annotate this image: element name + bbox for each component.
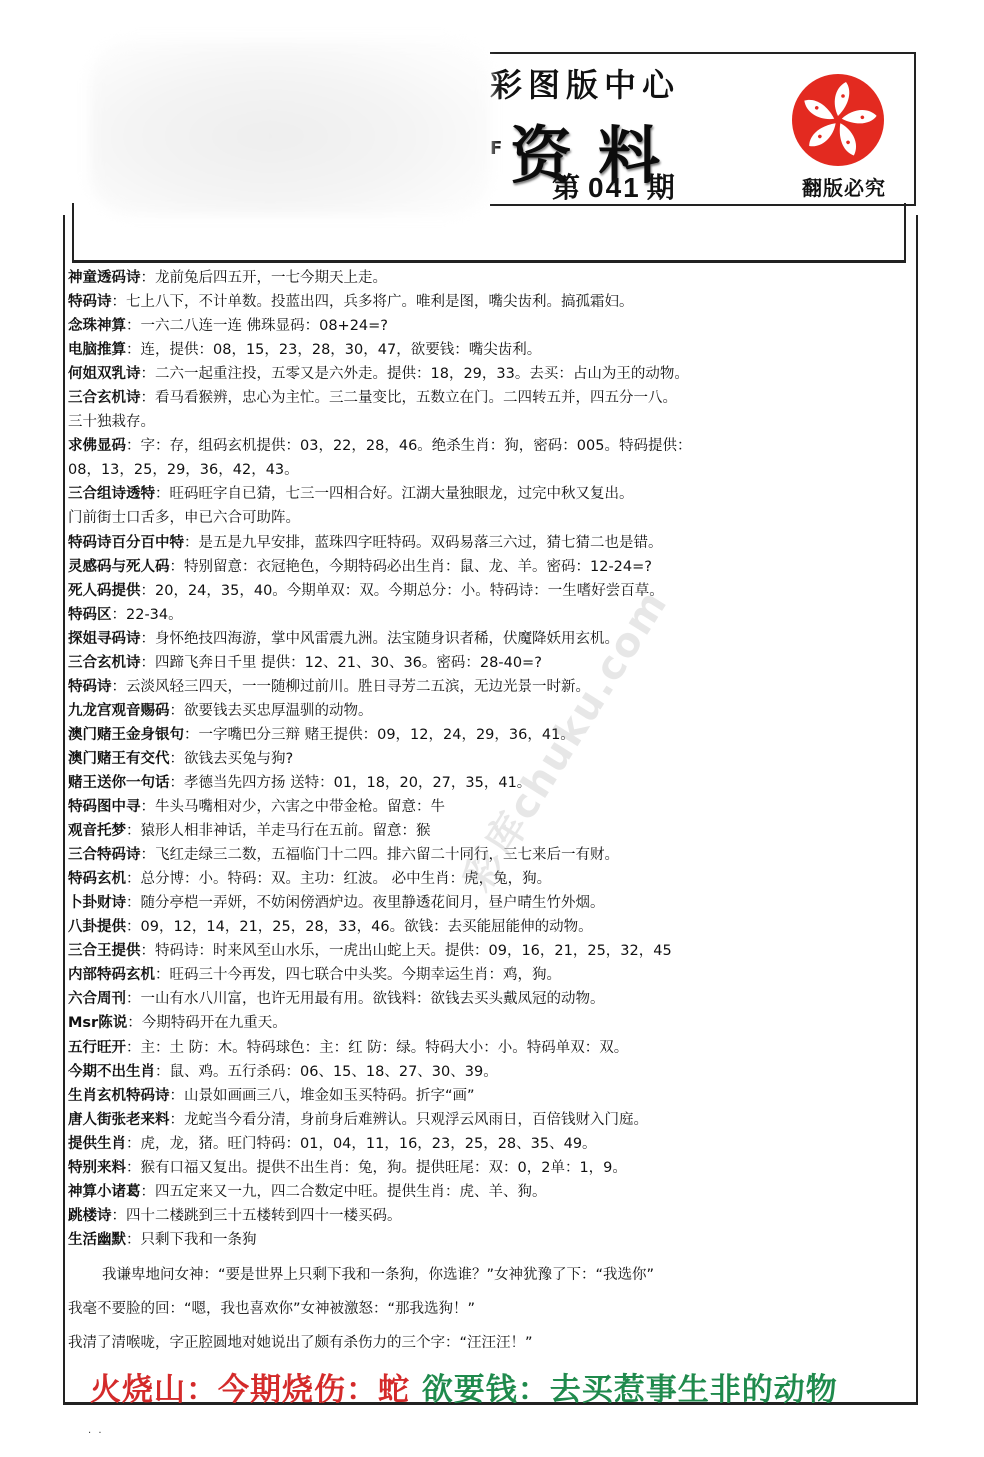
line-label: 灵感码与死人码 xyxy=(68,559,170,575)
line-text: 三十独栽存。 xyxy=(68,414,155,430)
issue-prefix: 第 xyxy=(552,172,582,203)
line-text: ：四五定来又一九，四二合数定中旺。提供生肖：虎、羊、狗。 xyxy=(141,1184,547,1200)
line-text: ：09，12，14，21，25，28，33，46。欲钱：去买能屈能伸的动物。 xyxy=(126,919,593,935)
line-text: ：猴有口福又复出。提供不出生肖：兔，狗。提供旺尾：双：0，2单：1，9。 xyxy=(126,1160,627,1176)
line-label: 三合特码诗 xyxy=(68,847,141,863)
content-line: 九龙宫观音赐码：欲要钱去买忠厚温驯的动物。 xyxy=(68,699,898,723)
line-text: ：身怀绝技四海游，掌中风雷震九洲。法宝随身识者稀，伏魔降妖用玄机。 xyxy=(141,631,620,647)
banner-green-text: 欲要钱：去买惹事生非的动物 xyxy=(422,1372,838,1408)
story-line: 我毫不要脸的回：“嗯，我也喜欢你”女神被激怒：“那我选狗！” xyxy=(68,1292,898,1326)
content-line: 三合王提供：特码诗：时来风至山水乐，一虎出山蛇上天。提供：09，16，21，25… xyxy=(68,939,898,963)
line-label: 澳门赌王有交代 xyxy=(68,751,170,767)
line-label: 赌王送你一句话 xyxy=(68,775,170,791)
line-label: 卜卦财诗 xyxy=(68,895,126,911)
line-text: ：是五是九早安排，蓝珠四字旺特码。双码易落三六过，猜七猜二也是错。 xyxy=(184,535,663,551)
line-label: 生活幽默 xyxy=(68,1232,126,1248)
content-line: 赌王送你一句话：孝德当先四方扬 送特：01，18，20，27，35，41。 xyxy=(68,771,898,795)
content-line: 三合组诗透特：旺码旺字自已猜，七三一四相合好。江湖大量独眼龙，过完中秋又复出。 xyxy=(68,482,898,506)
content-line: 特码区：22-34。 xyxy=(68,603,898,627)
line-text: ：随分亭桤一弄妍，不妨闲傍酒炉边。夜里静透花间月，昼户晴生竹外烟。 xyxy=(126,895,605,911)
content-line: 特码诗：七上八下，不计单数。投蓝出四，兵多将广。唯利是图，嘴尖齿利。搞孤霜妇。 xyxy=(68,290,898,314)
content-line: 三合玄机诗：四蹄飞奔日千里 提供：12、21、30、36。密码：28-40=? xyxy=(68,651,898,675)
content-line: 神童透码诗：龙前兔后四五开，一七今期天上走。 xyxy=(68,266,898,290)
content-line: 08，13，25，29，36，42，43。 xyxy=(68,458,898,482)
content-line: 三合玄机诗：看马看猴辨，忠心为主忙。三二量变比，五数立在门。二四转五并，四五分一… xyxy=(68,386,898,410)
content-line: 探姐寻码诗：身怀绝技四海游，掌中风雷震九洲。法宝随身识者稀，伏魔降妖用玄机。 xyxy=(68,627,898,651)
content-line: 生活幽默：只剩下我和一条狗 xyxy=(68,1228,898,1252)
line-label: 九龙宫观音赐码 xyxy=(68,703,170,719)
line-label: 特码区 xyxy=(68,607,112,623)
line-text: ：山景如画画三八，堆金如玉买特码。折字“画” xyxy=(170,1088,475,1104)
line-text: ：只剩下我和一条狗 xyxy=(126,1232,257,1248)
content-line: 五行旺开：主：土 防：木。特码球色：主：红 防：绿。特码大小：小。特码单双：双。 xyxy=(68,1036,898,1060)
line-text: ：云淡风轻三四天，一一随柳过前川。胜日寻芳二五滨，无边光景一时新。 xyxy=(112,679,591,695)
line-label: 特码玄机 xyxy=(68,871,126,887)
story-line: 我清了清喉咙，字正腔圆地对她说出了颇有杀伤力的三个字：“汪汪汪！” xyxy=(68,1326,898,1360)
line-text: ：牛头马嘴相对少，六害之中带金枪。留意：牛 xyxy=(141,799,446,815)
line-text: 门前街士口舌多，申已六合可助阵。 xyxy=(68,510,300,526)
content-line: 特码诗百分百中特：是五是九早安排，蓝珠四字旺特码。双码易落三六过，猜七猜二也是错… xyxy=(68,531,898,555)
line-text: ：22-34。 xyxy=(112,607,183,623)
line-text: ：鼠、鸡。五行杀码：06、15、18、27、30、39。 xyxy=(155,1064,498,1080)
line-label: 生肖玄机特码诗 xyxy=(68,1088,170,1104)
copyright-notice: 翻版必究 xyxy=(802,172,886,201)
line-label: 三合玄机诗 xyxy=(68,655,141,671)
content-line: 八卦提供：09，12，14，21，25，28，33，46。欲钱：去买能屈能伸的动… xyxy=(68,915,898,939)
line-label: 八卦提供 xyxy=(68,919,126,935)
content-line: 神算小诸葛：四五定来又一九，四二合数定中旺。提供生肖：虎、羊、狗。 xyxy=(68,1180,898,1204)
content-line: 澳门赌王有交代：欲钱去买兔与狗? xyxy=(68,747,898,771)
line-label: 观音托梦 xyxy=(68,823,126,839)
line-label: 提供生肖 xyxy=(68,1136,126,1152)
line-text: ：七上八下，不计单数。投蓝出四，兵多将广。唯利是图，嘴尖齿利。搞孤霜妇。 xyxy=(112,294,634,310)
line-label: 特别来料 xyxy=(68,1160,126,1176)
line-text: ：主：土 防：木。特码球色：主：红 防：绿。特码大小：小。特码单双：双。 xyxy=(126,1040,628,1056)
line-text: ：连，提供：08，15，23，28，30，47，欲要钱：嘴尖齿利。 xyxy=(126,342,541,358)
banner-red-text: 火烧山：今期烧伤：蛇 xyxy=(90,1372,410,1408)
content-line: Msr陈说：今期特码开在九重天。 xyxy=(68,1011,898,1035)
content-line: 特码图中寻：牛头马嘴相对少，六害之中带金枪。留意：牛 xyxy=(68,795,898,819)
line-label: 探姐寻码诗 xyxy=(68,631,141,647)
content-line: 三合特码诗：飞红走绿三二数，五福临门十二四。排六留二十同行，三七来后一有财。 xyxy=(68,843,898,867)
issue-value: 041 xyxy=(588,172,641,203)
content-line: 电脑推算：连，提供：08，15，23，28，30，47，欲要钱：嘴尖齿利。 xyxy=(68,338,898,362)
line-text: ：欲要钱去买忠厚温驯的动物。 xyxy=(170,703,373,719)
footer-dots: · · xyxy=(88,1428,104,1439)
line-label: 六合周刊 xyxy=(68,991,126,1007)
content-line: 跳楼诗：四十二楼跳到三十五楼转到四十一楼买码。 xyxy=(68,1204,898,1228)
content-line: 内部特码玄机：旺码三十今再发，四七联合中头奖。今期幸运生肖：鸡，狗。 xyxy=(68,963,898,987)
line-text: 08，13，25，29，36，42，43。 xyxy=(68,462,299,478)
line-text: ：一山有水八川富，也许无用最有用。欲钱料：欲钱去买头戴凤冠的动物。 xyxy=(126,991,605,1007)
line-label: 澳门赌王金身银句 xyxy=(68,727,184,743)
content-line: 澳门赌王金身银句：一字嘴巴分三辩 赌王提供：09，12，24，29，36，41。 xyxy=(68,723,898,747)
line-label: 三合玄机诗 xyxy=(68,390,141,406)
header-subtitle: 彩图版中心 xyxy=(490,60,680,106)
content-line: 灵感码与死人码：特别留意：衣冠艳色，今期特码必出生肖：鼠、龙、羊。密码：12-2… xyxy=(68,555,898,579)
content-line: 三十独栽存。 xyxy=(68,410,898,434)
content-line: 特码玄机：总分博：小。特码：双。主功：红波。 必中生肖：虎，兔，狗。 xyxy=(68,867,898,891)
line-text: ：一六二八连一连 佛珠显码：08+24=? xyxy=(126,318,388,334)
line-label: 三合王提供 xyxy=(68,943,141,959)
line-text: ：总分博：小。特码：双。主功：红波。 必中生肖：虎，兔，狗。 xyxy=(126,871,551,887)
line-label: 内部特码玄机 xyxy=(68,967,155,983)
line-text: ：四十二楼跳到三十五楼转到四十一楼买码。 xyxy=(112,1208,402,1224)
line-label: 神算小诸葛 xyxy=(68,1184,141,1200)
line-label: 死人码提供 xyxy=(68,583,141,599)
line-label: 五行旺开 xyxy=(68,1040,126,1056)
line-text: ：二六一起重注投，五零又是六外走。提供：18，29，33。去买：占山为王的动物。 xyxy=(141,366,689,382)
content-line: 卜卦财诗：随分亭桤一弄妍，不妨闲傍酒炉边。夜里静透花间月，昼户晴生竹外烟。 xyxy=(68,891,898,915)
line-text: ：今期特码开在九重天。 xyxy=(127,1015,287,1031)
issue-number: 第041期 xyxy=(552,166,677,206)
line-label: 今期不出生肖 xyxy=(68,1064,155,1080)
content-line: 死人码提供：20，24，35，40。今期单双：双。今期总分：小。特码诗：一生嗜好… xyxy=(68,579,898,603)
content-line: 求佛显码：字：存，组码玄机提供：03，22，28，46。绝杀生肖：狗，密码：00… xyxy=(68,434,898,458)
issue-suffix: 期 xyxy=(647,172,677,203)
line-text: ：特码诗：时来风至山水乐，一虎出山蛇上天。提供：09，16，21，25，32，4… xyxy=(141,943,672,959)
line-text: ：看马看猴辨，忠心为主忙。三二量变比，五数立在门。二四转五并，四五分一八。 xyxy=(141,390,678,406)
line-label: 唐人街张老来料 xyxy=(68,1112,170,1128)
line-text: ：虎，龙，猪。旺门特码：01，04，11，16，23，25，28、35、49。 xyxy=(126,1136,597,1152)
line-text: ：20，24，35，40。今期单双：双。今期总分：小。特码诗：一生嗜好尝百草。 xyxy=(141,583,664,599)
humor-story: 我谦卑地问女神：“要是世界上只剩下我和一条狗，你选谁？”女神犹豫了下：“我选你”… xyxy=(68,1258,898,1360)
line-label: 求佛显码 xyxy=(68,438,126,454)
line-text: ：孝德当先四方扬 送特：01，18，20，27，35，41。 xyxy=(170,775,532,791)
line-text: ：一字嘴巴分三辩 赌王提供：09，12，24，29，36，41。 xyxy=(184,727,575,743)
line-label: 电脑推算 xyxy=(68,342,126,358)
content-lines: 神童透码诗：龙前兔后四五开，一七今期天上走。特码诗：七上八下，不计单数。投蓝出四… xyxy=(68,266,898,1252)
content-line: 提供生肖：虎，龙，猪。旺门特码：01，04，11，16，23，25，28、35、… xyxy=(68,1132,898,1156)
bauhinia-flower-icon xyxy=(792,74,884,166)
line-label: 神童透码诗 xyxy=(68,270,141,286)
header-box: 彩图版中心 F 资料 第041期 翻版必究 xyxy=(490,52,916,206)
line-text: ：猿形人相非神话，羊走马行在五前。留意：猴 xyxy=(126,823,431,839)
content-line: 观音托梦：猿形人相非神话，羊走马行在五前。留意：猴 xyxy=(68,819,898,843)
line-label: 何姐双乳诗 xyxy=(68,366,141,382)
content-line: 何姐双乳诗：二六一起重注投，五零又是六外走。提供：18，29，33。去买：占山为… xyxy=(68,362,898,386)
content-line: 特码诗：云淡风轻三四天，一一随柳过前川。胜日寻芳二五滨，无边光景一时新。 xyxy=(68,675,898,699)
header-prefix: F xyxy=(490,138,502,159)
line-text: ：龙蛇当今看分清，身前身后难辨认。只观浮云风雨日，百倍钱财入门庭。 xyxy=(170,1112,649,1128)
story-line: 我谦卑地问女神：“要是世界上只剩下我和一条狗，你选谁？”女神犹豫了下：“我选你” xyxy=(68,1258,898,1292)
line-label: Msr陈说 xyxy=(68,1015,127,1031)
line-label: 特码诗 xyxy=(68,294,112,310)
content-line: 六合周刊：一山有水八川富，也许无用最有用。欲钱料：欲钱去买头戴凤冠的动物。 xyxy=(68,987,898,1011)
content-line: 今期不出生肖：鼠、鸡。五行杀码：06、15、18、27、30、39。 xyxy=(68,1060,898,1084)
blurred-cover xyxy=(90,40,490,215)
content-line: 生肖玄机特码诗：山景如画画三八，堆金如玉买特码。折字“画” xyxy=(68,1084,898,1108)
line-text: ：字：存，组码玄机提供：03，22，28，46。绝杀生肖：狗，密码：005。特码… xyxy=(126,438,691,454)
line-label: 跳楼诗 xyxy=(68,1208,112,1224)
line-text: ：龙前兔后四五开，一七今期天上走。 xyxy=(141,270,388,286)
line-label: 特码诗 xyxy=(68,679,112,695)
content-line: 门前街士口舌多，申已六合可助阵。 xyxy=(68,506,898,530)
content-line: 特别来料：猴有口福又复出。提供不出生肖：兔，狗。提供旺尾：双：0，2单：1，9。 xyxy=(68,1156,898,1180)
content-line: 唐人街张老来料：龙蛇当今看分清，身前身后难辨认。只观浮云风雨日，百倍钱财入门庭。 xyxy=(68,1108,898,1132)
line-text: ：特别留意：衣冠艳色，今期特码必出生肖：鼠、龙、羊。密码：12-24=? xyxy=(170,559,652,575)
line-text: ：旺码旺字自已猜，七三一四相合好。江湖大量独眼龙，过完中秋又复出。 xyxy=(155,486,634,502)
line-text: ：飞红走绿三二数，五福临门十二四。排六留二十同行，三七来后一有财。 xyxy=(141,847,620,863)
line-label: 特码诗百分百中特 xyxy=(68,535,184,551)
line-text: ：欲钱去买兔与狗? xyxy=(170,751,294,767)
line-label: 特码图中寻 xyxy=(68,799,141,815)
bottom-banner: 火烧山：今期烧伤：蛇 欲要钱：去买惹事生非的动物 xyxy=(90,1364,838,1409)
line-label: 念珠神算 xyxy=(68,318,126,334)
line-label: 三合组诗透特 xyxy=(68,486,155,502)
line-text: ：旺码三十今再发，四七联合中头奖。今期幸运生肖：鸡，狗。 xyxy=(155,967,561,983)
line-text: ：四蹄飞奔日千里 提供：12、21、30、36。密码：28-40=? xyxy=(141,655,542,671)
content-line: 念珠神算：一六二八连一连 佛珠显码：08+24=? xyxy=(68,314,898,338)
